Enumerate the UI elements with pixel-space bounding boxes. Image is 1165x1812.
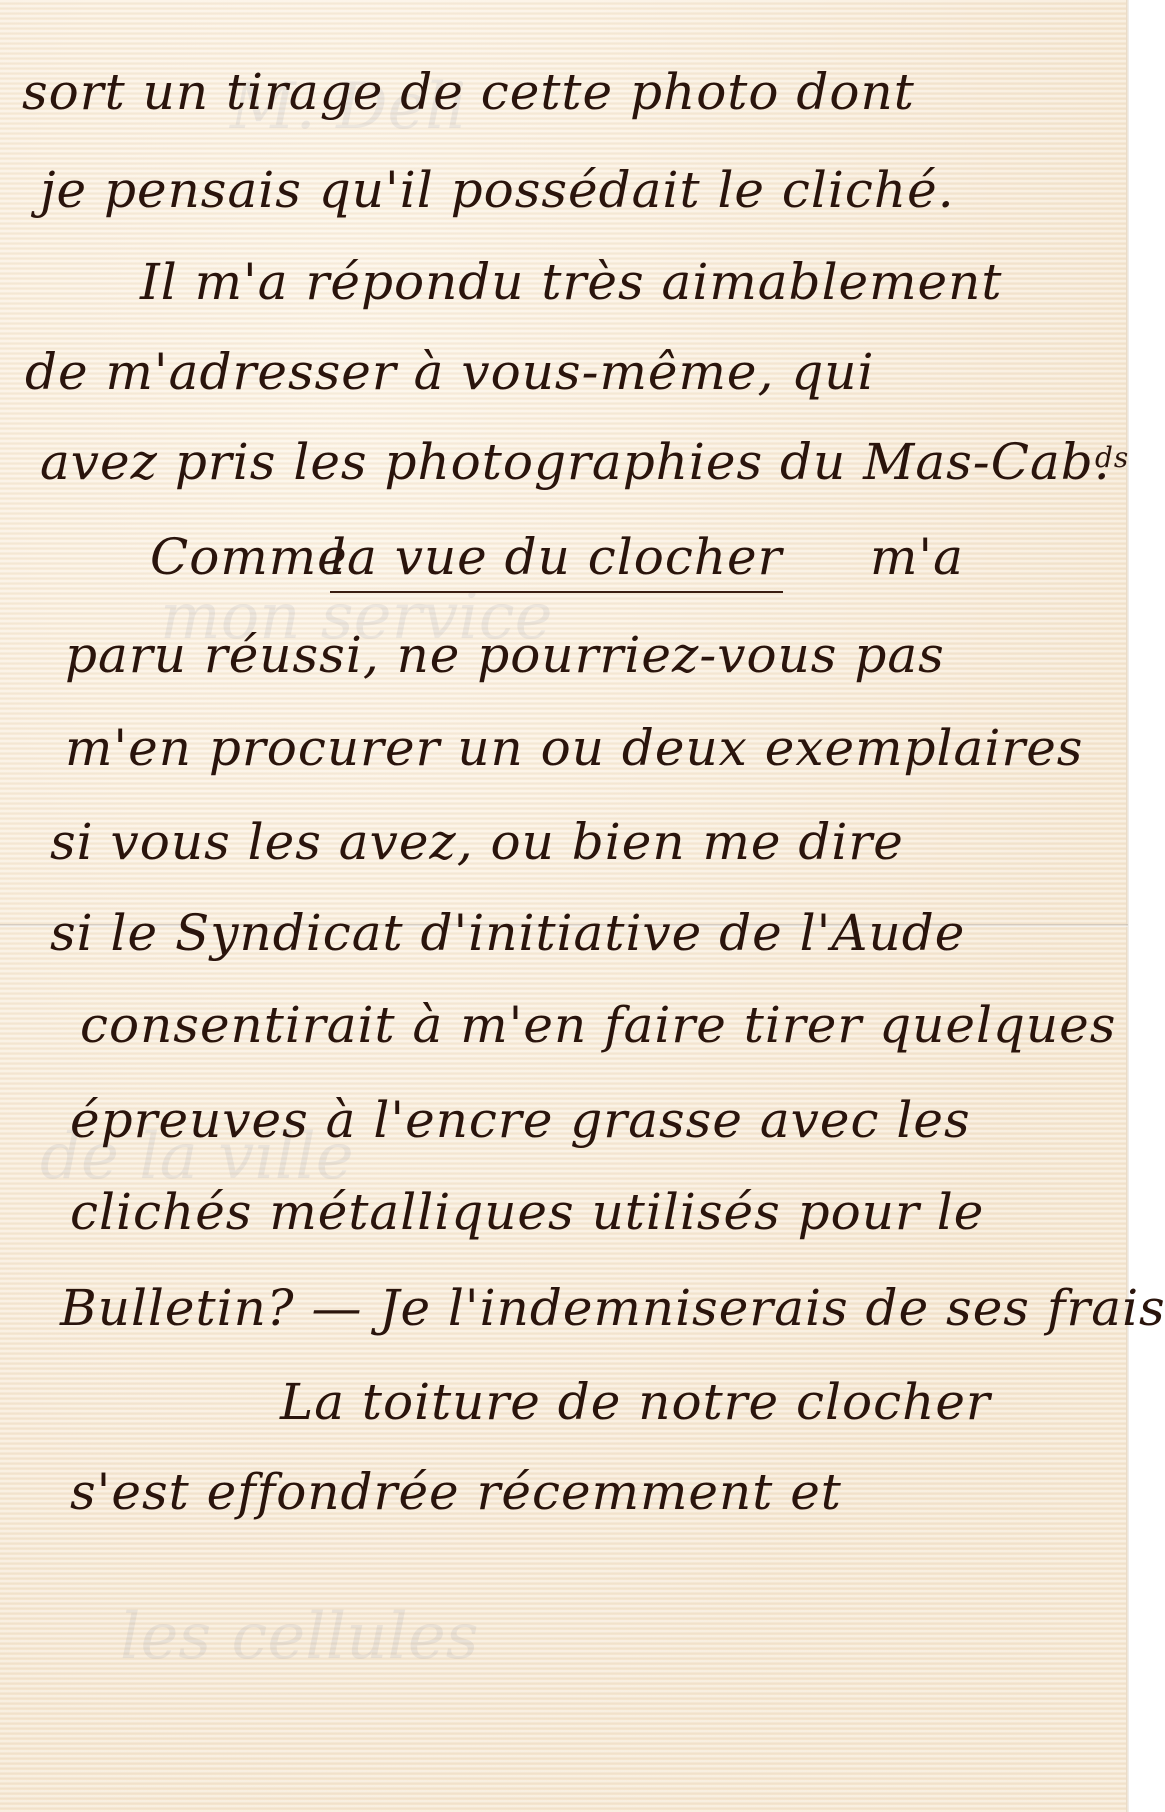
text-line: Il m'a répondu très aimablement [140,252,1002,312]
underlined-phrase: la vue du clocher [330,527,783,593]
paper-edge [1126,0,1129,1812]
superscript-abbreviation: ds [1095,428,1129,488]
text-line: s'est effondrée récemment et [70,1462,842,1522]
text-line: m'en procurer un ou deux exemplaires [65,718,1083,778]
bleed-through-text: les cellules [120,1600,479,1674]
text-line: épreuves à l'encre grasse avec les [70,1090,971,1150]
text-line: m'a [870,527,964,587]
text-line: consentirait à m'en faire tirer quelques [80,995,1116,1055]
text-line: clichés métalliques utilisés pour le [70,1182,984,1242]
text-line: de m'adresser à vous-même, qui [25,342,874,402]
text-line: Comme [150,527,348,587]
text-line: si le Syndicat d'initiative de l'Aude [50,903,965,963]
text-line: paru réussi, ne pourriez-vous pas [65,625,945,685]
text-line: je pensais qu'il possédait le cliché. [40,160,955,220]
text-line: La toiture de notre clocher [280,1372,991,1432]
text-line: sort un tirage de cette photo dont [22,62,915,122]
text-line: si vous les avez, ou bien me dire [50,812,904,872]
text-line: Bulletin? — Je l'indemniserais de ses fr… [60,1278,1165,1338]
text-line: avez pris les photographies du Mas-Cab. [40,432,1111,492]
